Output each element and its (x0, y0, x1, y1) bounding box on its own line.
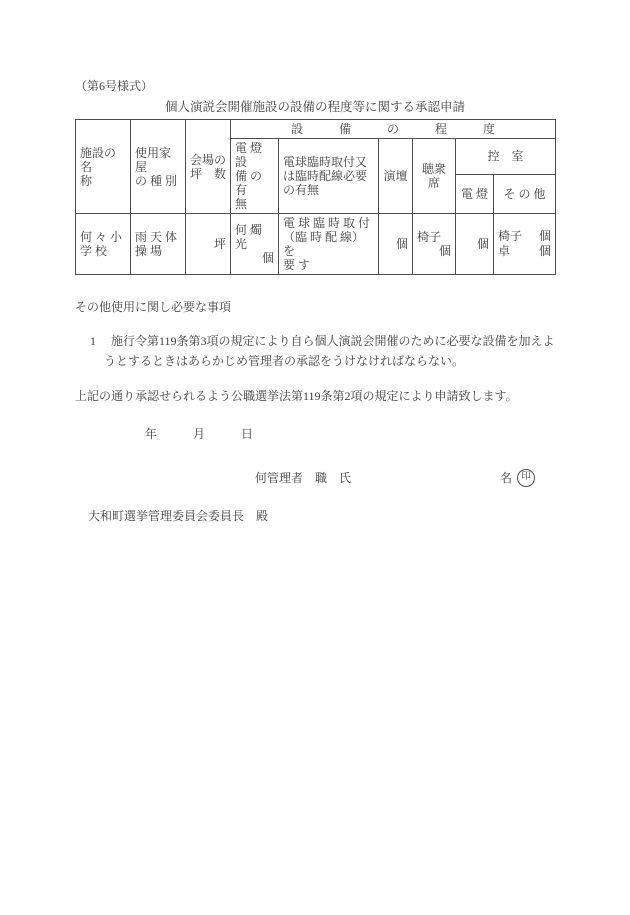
anteroom-other-line: 椅子 個 (498, 229, 551, 244)
equipment-table: 施設の名 称 使用家屋 の 種 別 会場の 坪 数 設 備 の 程 度 電 燈 … (75, 119, 556, 275)
th-anteroom: 控 室 (456, 139, 556, 175)
cell-audience: 椅子 個 (413, 214, 456, 275)
cell-anteroom-lamp: 個 (456, 214, 494, 275)
th-podium: 演壇 (379, 139, 413, 214)
anteroom-other-label: 卓 (498, 244, 510, 259)
anteroom-other-value: 個 (539, 244, 551, 259)
cell-facility-name: 何 々 小 学 校 (76, 214, 131, 275)
cell-bulb-wiring: 電 球 臨 時 取 付 （臨 時 配 線）を 要 す (279, 214, 379, 275)
cell-venue-area: 坪 (186, 214, 231, 275)
table-row: 何 々 小 学 校 雨 天 体 操 場 坪 何 燭 光 個 電 球 臨 時 取 … (76, 214, 556, 275)
cell-lamp-kind: 何 燭 光 (235, 223, 274, 251)
cell-lamp: 何 燭 光 個 (231, 214, 279, 275)
notes-heading: その他使用に関し必要な事項 (75, 299, 555, 315)
anteroom-other-value: 個 (539, 229, 551, 244)
addressee: 大和町選挙管理委員会委員長 殿 (88, 508, 555, 524)
th-venue-area: 会場の 坪 数 (186, 120, 231, 214)
cell-audience-count: 個 (417, 244, 451, 258)
cell-house-type: 雨 天 体 操 場 (131, 214, 186, 275)
th-anteroom-other: そ の 他 (494, 174, 556, 213)
note-line-2: うとするときはあらかじめ管理者の承認をうけなければならない。 (90, 351, 555, 371)
cell-audience-kind: 椅子 (417, 230, 451, 244)
page-title: 個人演説会開催施設の設備の程度等に関する承認申請 (75, 99, 555, 115)
signer-name-block: 名 印 (500, 469, 535, 487)
seal-icon: 印 (517, 469, 535, 487)
document-page: （第6号様式） 個人演説会開催施設の設備の程度等に関する承認申請 施設の名 称 … (0, 0, 630, 915)
signature-line: 何管理者 職 氏 名 印 (255, 469, 535, 487)
date-line: 年 月 日 (145, 426, 555, 442)
th-facility-name: 施設の名 称 (76, 120, 131, 214)
note-item-1: 1 施行令第119条第3項の規定により自ら個人演説会開催のために必要な設備を加え… (90, 331, 555, 371)
cell-anteroom-other: 椅子 個 卓 個 (494, 214, 556, 275)
name-label: 名 (500, 470, 512, 487)
anteroom-other-line: 卓 個 (498, 244, 551, 259)
signer-title-text: 何管理者 職 氏 (255, 470, 351, 487)
th-house-type: 使用家屋 の 種 別 (131, 120, 186, 214)
th-anteroom-lamp: 電 燈 (456, 174, 494, 213)
cell-lamp-count: 個 (235, 251, 274, 265)
th-lamp-presence: 電 燈 設 備 の 有 無 (231, 139, 279, 214)
request-statement: 上記の通り承認せられるよう公職選挙法第119条第2項の規定により申請致します。 (75, 388, 555, 404)
cell-podium: 個 (379, 214, 413, 275)
form-number: （第6号様式） (75, 78, 555, 94)
note-line-1: 1 施行令第119条第3項の規定により自ら個人演説会開催のために必要な設備を加え… (90, 331, 555, 351)
anteroom-other-label: 椅子 (498, 229, 522, 244)
th-bulb-wiring: 電球臨時取付又 は臨時配線必要 の有無 (279, 139, 379, 214)
th-equipment-level: 設 備 の 程 度 (231, 120, 556, 139)
th-audience-seats: 聴衆席 (413, 139, 456, 214)
